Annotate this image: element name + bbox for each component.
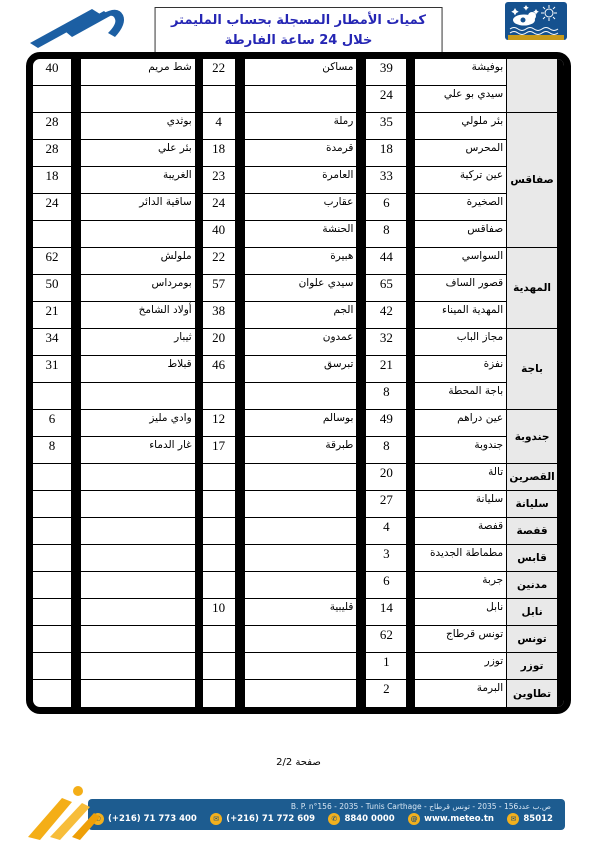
rain-value-cell: 50: [33, 275, 71, 302]
rain-value-cell: 8: [366, 383, 406, 410]
inm-yellow-logo: [26, 783, 118, 840]
station-name-cell: الغريبة: [81, 167, 195, 194]
rain-value-cell: 40: [203, 221, 235, 248]
region-cell: مدنين: [507, 572, 557, 599]
weather-logo-graphic: [505, 2, 567, 44]
rain-value-cell: 40: [33, 59, 71, 86]
rain-value-cell: [33, 491, 71, 518]
station-name-cell: هبيرة: [245, 248, 357, 275]
column-separator-bar: [71, 59, 81, 707]
rain-value-cell: 46: [203, 356, 235, 383]
station-name-cell: بوفيشة: [415, 59, 506, 86]
region-cell: قابس: [507, 545, 557, 572]
station-name-cell: الحنشة: [245, 221, 357, 248]
stations-column-middle: مساكنرملةقرمدةالعامرةعقاربالحنشةهبيرةسيد…: [245, 59, 357, 707]
station-name-cell: بوثدي: [81, 113, 195, 140]
report-title: كميات الأمطار المسجلة بحساب المليمتر خلا…: [154, 7, 443, 54]
station-name-cell: بئر علي: [81, 140, 195, 167]
station-name-cell: بوسالم: [245, 410, 357, 437]
region-cell: المهدية: [507, 248, 557, 329]
rain-value-cell: [203, 626, 235, 653]
rain-value-cell: 3: [366, 545, 406, 572]
rain-value-cell: 2: [366, 680, 406, 707]
rain-value-cell: [203, 572, 235, 599]
station-name-cell: المحرس: [415, 140, 506, 167]
rain-value-cell: [203, 86, 235, 113]
contact-item: ✉85012: [507, 813, 553, 825]
station-name-cell: ثيبار: [81, 329, 195, 356]
contact-list: ✆(+216) 71 773 400✉(+216) 71 772 609✆884…: [88, 811, 565, 825]
rain-value-cell: 20: [203, 329, 235, 356]
station-name-cell: الجم: [245, 302, 357, 329]
stations-column-left: شط مريمبوثديبئر عليالغريبةساقية الدائرمل…: [81, 59, 195, 707]
rain-value-cell: 31: [33, 356, 71, 383]
station-name-cell: تونس قرطاج: [415, 626, 506, 653]
rain-value-cell: [203, 464, 235, 491]
title-line-1: كميات الأمطار المسجلة بحساب المليمتر: [171, 11, 426, 31]
station-name-cell: [245, 572, 357, 599]
contact-text: (+216) 71 773 400: [108, 814, 197, 824]
rain-value-cell: [203, 383, 235, 410]
station-name-cell: [245, 518, 357, 545]
rain-value-cell: 20: [366, 464, 406, 491]
rain-value-cell: [33, 653, 71, 680]
rain-value-cell: [203, 680, 235, 707]
inm-swoosh-logo: [28, 4, 148, 50]
station-name-cell: [81, 518, 195, 545]
values-column-middle: 224182324402257382046121710: [203, 59, 235, 707]
rain-value-cell: 21: [33, 302, 71, 329]
station-name-cell: قبلاط: [81, 356, 195, 383]
sms-icon: ✉: [507, 813, 519, 825]
rain-value-cell: [33, 626, 71, 653]
stations-column-right: بوفيشةسيدي بو عليبئر ملوليالمحرسعين تركي…: [415, 59, 506, 707]
station-name-cell: قليبية: [245, 599, 357, 626]
rain-value-cell: 21: [366, 356, 406, 383]
rain-value-cell: [33, 464, 71, 491]
swoosh-logo-graphic: [28, 4, 148, 50]
footer-bar: B. P. n°156 - 2035 - Tunis Carthage - ص.…: [88, 799, 565, 830]
rain-value-cell: [33, 680, 71, 707]
inm-weather-logo: [505, 2, 567, 44]
rain-value-cell: [203, 518, 235, 545]
rain-value-cell: [33, 545, 71, 572]
region-cell: تونس: [507, 626, 557, 653]
rain-value-cell: 14: [366, 599, 406, 626]
station-name-cell: [245, 464, 357, 491]
rain-value-cell: 65: [366, 275, 406, 302]
station-name-cell: رملة: [245, 113, 357, 140]
rain-value-cell: 18: [203, 140, 235, 167]
rain-value-cell: 8: [33, 437, 71, 464]
station-name-cell: باجة المحطة: [415, 383, 506, 410]
station-name-cell: المهدية الميناء: [415, 302, 506, 329]
rain-value-cell: 62: [366, 626, 406, 653]
rain-value-cell: 28: [33, 113, 71, 140]
region-cell: صفاقس: [507, 113, 557, 248]
column-separator-bar: [406, 59, 415, 707]
station-name-cell: [81, 491, 195, 518]
station-name-cell: تالة: [415, 464, 506, 491]
rain-value-cell: [203, 491, 235, 518]
station-name-cell: أولاد الشامخ: [81, 302, 195, 329]
column-separator-bar: [195, 59, 203, 707]
station-name-cell: توزر: [415, 653, 506, 680]
station-name-cell: سيدي علوان: [245, 275, 357, 302]
contact-text: 85012: [523, 814, 553, 824]
station-name-cell: مجاز الباب: [415, 329, 506, 356]
rain-value-cell: 34: [33, 329, 71, 356]
station-name-cell: [81, 653, 195, 680]
rain-value-cell: 6: [366, 572, 406, 599]
station-name-cell: بئر ملولي: [415, 113, 506, 140]
contact-text: 8840 0000: [344, 814, 394, 824]
page-number: صفحة 2/2: [0, 757, 597, 768]
station-name-cell: نفزة: [415, 356, 506, 383]
rain-value-cell: 1: [366, 653, 406, 680]
rain-value-cell: 27: [366, 491, 406, 518]
station-name-cell: صفاقس: [415, 221, 506, 248]
station-name-cell: ساقية الدائر: [81, 194, 195, 221]
title-line-2: خلال 24 ساعة الفارطة: [171, 31, 426, 51]
yellow-logo-graphic: [26, 783, 118, 840]
rain-value-cell: 28: [33, 140, 71, 167]
rain-value-cell: 44: [366, 248, 406, 275]
station-name-cell: وادي مليز: [81, 410, 195, 437]
station-name-cell: تبرسق: [245, 356, 357, 383]
station-name-cell: [81, 221, 195, 248]
contact-item: @www.meteo.tn: [408, 813, 494, 825]
contact-text: (+216) 71 772 609: [226, 814, 315, 824]
station-name-cell: ملولش: [81, 248, 195, 275]
station-name-cell: سيدي بو علي: [415, 86, 506, 113]
region-cell: توزر: [507, 653, 557, 680]
station-name-cell: [81, 464, 195, 491]
rain-value-cell: 8: [366, 437, 406, 464]
rain-value-cell: [33, 572, 71, 599]
rain-value-cell: 24: [33, 194, 71, 221]
rain-value-cell: 35: [366, 113, 406, 140]
rain-value-cell: 18: [33, 167, 71, 194]
rain-value-cell: [33, 221, 71, 248]
region-cell: نابل: [507, 599, 557, 626]
region-cell: تطاوين: [507, 680, 557, 707]
station-name-cell: مساكن: [245, 59, 357, 86]
station-name-cell: جندوبة: [415, 437, 506, 464]
fax-icon: ✉: [210, 813, 222, 825]
rain-value-cell: 38: [203, 302, 235, 329]
station-name-cell: [81, 626, 195, 653]
column-separator-bar: [235, 59, 245, 707]
station-name-cell: [81, 599, 195, 626]
station-name-cell: قرمدة: [245, 140, 357, 167]
rain-value-cell: [33, 86, 71, 113]
rain-value-cell: 4: [366, 518, 406, 545]
phone-icon: ✆: [328, 813, 340, 825]
rain-value-cell: 23: [203, 167, 235, 194]
column-separator-bar: [557, 59, 564, 707]
rain-value-cell: [203, 545, 235, 572]
contact-item: ✉(+216) 71 772 609: [210, 813, 315, 825]
station-name-cell: الصخيرة: [415, 194, 506, 221]
station-name-cell: [245, 680, 357, 707]
rain-value-cell: 4: [203, 113, 235, 140]
station-name-cell: جربة: [415, 572, 506, 599]
station-name-cell: طبرقة: [245, 437, 357, 464]
rain-value-cell: 22: [203, 59, 235, 86]
values-column-left: 4028281824625021343168: [33, 59, 71, 707]
rain-value-cell: [33, 383, 71, 410]
station-name-cell: عين تركية: [415, 167, 506, 194]
region-column: صفاقسالمهديةباجةجندوبةالقصرينسليانةقفصةق…: [506, 59, 557, 707]
station-name-cell: [81, 545, 195, 572]
column-separator-bar: [356, 59, 366, 707]
station-name-cell: [81, 383, 195, 410]
rain-value-cell: 39: [366, 59, 406, 86]
values-column-right: 392435183368446542322184982027436146212: [366, 59, 406, 707]
rain-value-cell: 22: [203, 248, 235, 275]
station-name-cell: [245, 545, 357, 572]
rain-value-cell: 17: [203, 437, 235, 464]
station-name-cell: عين دراهم: [415, 410, 506, 437]
rain-value-cell: 10: [203, 599, 235, 626]
station-name-cell: نابل: [415, 599, 506, 626]
rain-value-cell: 8: [366, 221, 406, 248]
rain-value-cell: 62: [33, 248, 71, 275]
region-cell: القصرين: [507, 464, 557, 491]
station-name-cell: العامرة: [245, 167, 357, 194]
rain-value-cell: 49: [366, 410, 406, 437]
station-name-cell: عقارب: [245, 194, 357, 221]
contact-text: www.meteo.tn: [424, 814, 494, 824]
region-cell: باجة: [507, 329, 557, 410]
region-cell: [507, 59, 557, 113]
station-name-cell: قصور الساف: [415, 275, 506, 302]
station-name-cell: [245, 626, 357, 653]
rain-value-cell: 6: [366, 194, 406, 221]
station-name-cell: السواسي: [415, 248, 506, 275]
station-name-cell: البرمة: [415, 680, 506, 707]
station-name-cell: شط مريم: [81, 59, 195, 86]
station-name-cell: قفصة: [415, 518, 506, 545]
rain-value-cell: 24: [203, 194, 235, 221]
rain-value-cell: 6: [33, 410, 71, 437]
rain-value-cell: 18: [366, 140, 406, 167]
rain-value-cell: 32: [366, 329, 406, 356]
station-name-cell: عمدون: [245, 329, 357, 356]
address-line: B. P. n°156 - 2035 - Tunis Carthage - ص.…: [88, 799, 565, 811]
station-name-cell: [81, 680, 195, 707]
region-cell: قفصة: [507, 518, 557, 545]
station-name-cell: [81, 572, 195, 599]
station-name-cell: مطماطة الجديدة: [415, 545, 506, 572]
document-page: كميات الأمطار المسجلة بحساب المليمتر خلا…: [0, 0, 597, 842]
station-name-cell: سليانة: [415, 491, 506, 518]
station-name-cell: [245, 383, 357, 410]
rain-value-cell: 12: [203, 410, 235, 437]
station-name-cell: غار الدماء: [81, 437, 195, 464]
station-name-cell: بومرداس: [81, 275, 195, 302]
globe-icon: @: [408, 813, 420, 825]
station-name-cell: [245, 653, 357, 680]
contact-item: ✆8840 0000: [328, 813, 394, 825]
region-cell: جندوبة: [507, 410, 557, 464]
rain-value-cell: 42: [366, 302, 406, 329]
station-name-cell: [81, 86, 195, 113]
rain-value-cell: 57: [203, 275, 235, 302]
rain-value-cell: [203, 653, 235, 680]
rain-value-cell: [33, 518, 71, 545]
station-name-cell: [245, 491, 357, 518]
rain-value-cell: [33, 599, 71, 626]
rainfall-table: 4028281824625021343168شط مريمبوثديبئر عل…: [26, 52, 571, 714]
station-name-cell: [245, 86, 357, 113]
rain-value-cell: 33: [366, 167, 406, 194]
rain-value-cell: 24: [366, 86, 406, 113]
region-cell: سليانة: [507, 491, 557, 518]
